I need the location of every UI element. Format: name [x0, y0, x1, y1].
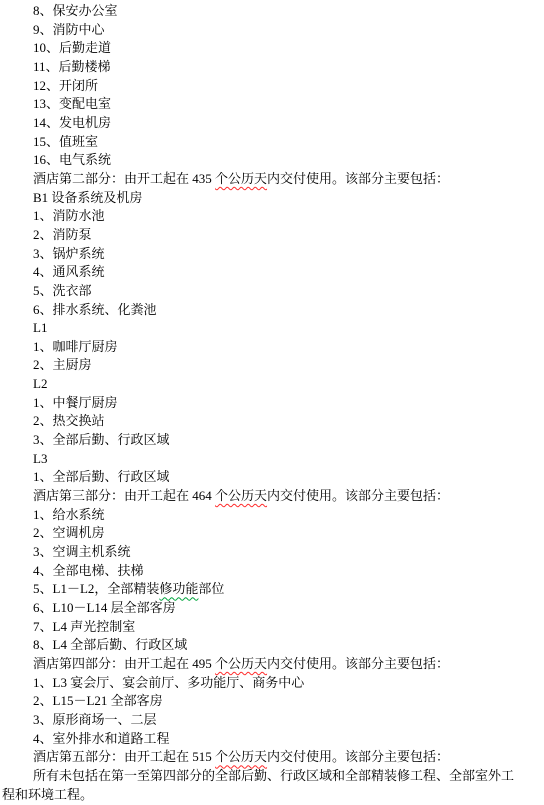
- text-line: 酒店第三部分：由开工起在 464 个公历天内交付使用。该部分主要包括：: [2, 487, 544, 506]
- spellcheck-underline-text: 个公历天: [215, 171, 267, 186]
- text-segment: 8、保安办公室: [33, 3, 118, 18]
- text-segment: 2、L15－L21 全部客房: [33, 693, 163, 708]
- text-line: 5、洗衣部: [2, 282, 544, 301]
- text-line: 3、原形商场一、二层: [2, 711, 544, 730]
- text-line: 2、空调机房: [2, 524, 544, 543]
- text-line: 9、消防中心: [2, 21, 544, 40]
- grammar-underline-text: 修功能: [159, 581, 198, 596]
- text-segment: 4、通风系统: [33, 264, 105, 279]
- text-line: 酒店第二部分：由开工起在 435 个公历天内交付使用。该部分主要包括：: [2, 170, 544, 189]
- text-segment: 6、排水系统、化粪池: [33, 302, 157, 317]
- text-line: L1: [2, 319, 544, 338]
- text-segment: 2、热交换站: [33, 413, 105, 428]
- text-line: 8、L4 全部后勤、行政区域: [2, 636, 544, 655]
- text-segment: 1、消防水池: [33, 208, 105, 223]
- text-segment: 1、中餐厅厨房: [33, 395, 118, 410]
- text-segment: 内交付使用。该部分主要包括：: [267, 656, 449, 671]
- text-segment: 8、L4 全部后勤、行政区域: [33, 637, 187, 652]
- text-line: 1、给水系统: [2, 506, 544, 525]
- text-segment: 2、消防泵: [33, 227, 92, 242]
- text-line: L2: [2, 375, 544, 394]
- text-line: 13、变配电室: [2, 95, 544, 114]
- text-segment: 程和环境工程。: [2, 787, 93, 802]
- text-segment: 4、全部电梯、扶梯: [33, 563, 144, 578]
- text-segment: 酒店第五部分：由开工起在 515: [33, 749, 215, 764]
- text-segment: 1、咖啡厅厨房: [33, 339, 118, 354]
- text-line: 3、空调主机系统: [2, 543, 544, 562]
- spellcheck-underline-text: 个公历天: [215, 488, 267, 503]
- text-segment: 9、消防中心: [33, 22, 105, 37]
- text-line: 4、通风系统: [2, 263, 544, 282]
- text-segment: 1、给水系统: [33, 507, 105, 522]
- text-line: 3、全部后勤、行政区域: [2, 431, 544, 450]
- text-segment: 1、L3 宴会厅、宴会前厅、多功能厅、商务中心: [33, 675, 304, 690]
- text-line: 1、中餐厅厨房: [2, 394, 544, 413]
- document-body: 8、保安办公室9、消防中心10、后勤走道11、后勤楼梯12、开闭所13、变配电室…: [0, 0, 544, 805]
- text-line: 7、L4 声光控制室: [2, 618, 544, 637]
- text-segment: L1: [33, 320, 47, 335]
- text-line: L3: [2, 450, 544, 469]
- text-line: 2、L15－L21 全部客房: [2, 692, 544, 711]
- text-line: 12、开闭所: [2, 77, 544, 96]
- text-line: 10、后勤走道: [2, 39, 544, 58]
- text-segment: 5、L1－L2，全部精装: [33, 581, 159, 596]
- text-segment: 12、开闭所: [33, 78, 98, 93]
- text-line: 程和环境工程。: [2, 786, 544, 805]
- text-line: 2、热交换站: [2, 412, 544, 431]
- text-segment: 2、主厨房: [33, 357, 92, 372]
- text-segment: 所有未包括在第一至第四部分的全部后勤、行政区域和全部精装修工程、全部室外工: [33, 768, 514, 783]
- text-segment: 内交付使用。该部分主要包括：: [267, 171, 449, 186]
- text-line: 4、全部电梯、扶梯: [2, 562, 544, 581]
- text-line: 酒店第四部分：由开工起在 495 个公历天内交付使用。该部分主要包括：: [2, 655, 544, 674]
- text-segment: 酒店第四部分：由开工起在 495: [33, 656, 215, 671]
- text-line: 1、消防水池: [2, 207, 544, 226]
- text-line: 5、L1－L2，全部精装修功能部位: [2, 580, 544, 599]
- text-segment: 内交付使用。该部分主要包括：: [267, 749, 449, 764]
- spellcheck-underline-text: 个公历天: [215, 749, 267, 764]
- text-segment: 15、值班室: [33, 134, 98, 149]
- text-segment: 7、L4 声光控制室: [33, 619, 135, 634]
- text-segment: 部位: [198, 581, 224, 596]
- text-line: 2、主厨房: [2, 356, 544, 375]
- text-line: 1、L3 宴会厅、宴会前厅、多功能厅、商务中心: [2, 674, 544, 693]
- text-segment: 11、后勤楼梯: [33, 59, 111, 74]
- text-segment: 2、空调机房: [33, 525, 105, 540]
- text-line: 6、L10－L14 层全部客房: [2, 599, 544, 618]
- text-segment: 3、原形商场一、二层: [33, 712, 157, 727]
- text-segment: 10、后勤走道: [33, 40, 111, 55]
- text-segment: 内交付使用。该部分主要包括：: [267, 488, 449, 503]
- text-segment: L2: [33, 376, 47, 391]
- text-segment: B1 设备系统及机房: [33, 190, 142, 205]
- text-line: 11、后勤楼梯: [2, 58, 544, 77]
- text-segment: 3、全部后勤、行政区域: [33, 432, 170, 447]
- text-line: B1 设备系统及机房: [2, 189, 544, 208]
- text-line: 8、保安办公室: [2, 2, 544, 21]
- text-segment: 13、变配电室: [33, 96, 111, 111]
- text-segment: 5、洗衣部: [33, 283, 92, 298]
- text-line: 3、锅炉系统: [2, 245, 544, 264]
- spellcheck-underline-text: 个公历天: [215, 656, 267, 671]
- text-segment: 1、全部后勤、行政区域: [33, 469, 170, 484]
- text-line: 酒店第五部分：由开工起在 515 个公历天内交付使用。该部分主要包括：: [2, 748, 544, 767]
- text-segment: 酒店第二部分：由开工起在 435: [33, 171, 215, 186]
- text-segment: 酒店第三部分：由开工起在 464: [33, 488, 215, 503]
- text-line: 14、发电机房: [2, 114, 544, 133]
- text-line: 16、电气系统: [2, 151, 544, 170]
- text-segment: 14、发电机房: [33, 115, 111, 130]
- text-segment: 6、L10－L14 层全部客房: [33, 600, 176, 615]
- text-segment: 3、锅炉系统: [33, 246, 105, 261]
- text-line: 4、室外排水和道路工程: [2, 730, 544, 749]
- text-line: 1、全部后勤、行政区域: [2, 468, 544, 487]
- text-segment: 3、空调主机系统: [33, 544, 131, 559]
- text-segment: L3: [33, 451, 47, 466]
- text-line: 15、值班室: [2, 133, 544, 152]
- text-line: 6、排水系统、化粪池: [2, 301, 544, 320]
- text-segment: 4、室外排水和道路工程: [33, 731, 170, 746]
- text-line: 2、消防泵: [2, 226, 544, 245]
- text-segment: 16、电气系统: [33, 152, 111, 167]
- text-line: 所有未包括在第一至第四部分的全部后勤、行政区域和全部精装修工程、全部室外工: [2, 767, 544, 786]
- text-line: 1、咖啡厅厨房: [2, 338, 544, 357]
